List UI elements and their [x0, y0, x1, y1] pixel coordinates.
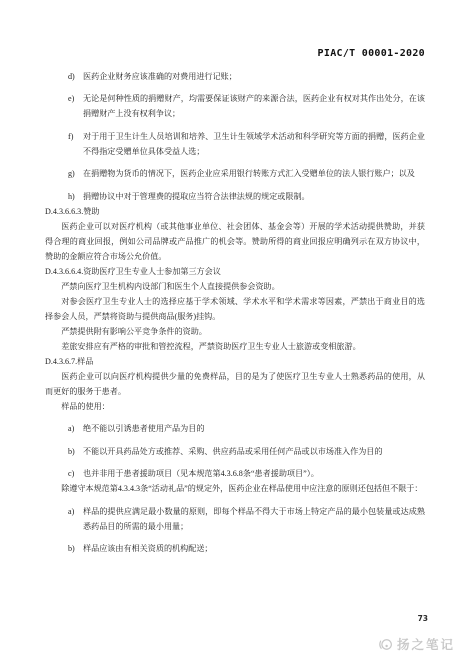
list-marker: g) [68, 166, 83, 181]
paragraph: 医药企业可以向医疗机构提供少量的免费样品，目的是为了使医疗卫生专业人士熟悉药品的… [45, 369, 425, 399]
list-item: d) 医药企业财务应该准确的对费用进行记账； [45, 69, 425, 84]
paragraph: 差旅安排应有严格的审批和管控流程，严禁资助医疗卫生专业人士旅游或变相旅游。 [45, 339, 425, 354]
paragraph: 医药企业可以对医疗机构（或其他事业单位、社会团体、基金会等）开展的学术活动提供赞… [45, 219, 425, 264]
list-item: e) 无论是何种性质的捐赠财产，均需要保证该财产的来源合法，医药企业有权对其作出… [45, 91, 425, 121]
list-marker: h) [68, 189, 83, 204]
list-marker: b) [68, 444, 83, 459]
paragraph: 严禁提供附有影响公平竞争条件的资助。 [45, 324, 425, 339]
section-heading: D.4.3.6.6.3.赞助 [45, 204, 425, 219]
watermark-text: 扬之笔记 [397, 635, 455, 653]
list-marker: b) [68, 541, 83, 556]
document-page: PIAC/T 00001-2020 d) 医药企业财务应该准确的对费用进行记账；… [0, 0, 462, 665]
list-item-text: 样品应该由有相关资质的机构配送； [83, 541, 425, 556]
paragraph: 除遵守本规范第4.3.4.3条“活动礼品”的规定外，医药企业在样品使用中应注意的… [45, 481, 425, 496]
doc-content: d) 医药企业财务应该准确的对费用进行记账； e) 无论是何种性质的捐赠财产，均… [0, 69, 462, 557]
paragraph: 样品的使用： [45, 399, 425, 414]
list-item: c) 也并非用于患者援助项目（见本规范第4.3.6.8条“患者援助项目”）。 [45, 466, 425, 481]
list-item-text: 也并非用于患者援助项目（见本规范第4.3.6.8条“患者援助项目”）。 [83, 466, 425, 481]
section-heading: D.4.3.6.6.4.资助医疗卫生专业人士参加第三方会议 [45, 264, 425, 279]
list-item-text: 对于用于卫生计生人员培训和培养、卫生计生领域学术活动和科学研究等方面的捐赠，医药… [83, 129, 425, 159]
page-number: 73 [418, 614, 428, 623]
list-item: h) 捐赠协议中对于管理费的提取应当符合法律法规的规定或限制。 [45, 189, 425, 204]
list-marker: f) [68, 129, 83, 159]
list-item: a) 样品的提供应满足最小数量的原则，即每个样品不得大于市场上特定产品的最小包装… [45, 504, 425, 534]
watermark: 扬之笔记 [378, 635, 455, 653]
list-item-text: 样品的提供应满足最小数量的原则，即每个样品不得大于市场上特定产品的最小包装量或达… [83, 504, 425, 534]
list-item-text: 不能以开具药品处方或推荐、采购、供应药品或采用任何产品或以市场准入作为目的 [83, 444, 425, 459]
list-marker: a) [68, 504, 83, 534]
section-heading: D.4.3.6.7.样品 [45, 354, 425, 369]
list-item-text: 捐赠协议中对于管理费的提取应当符合法律法规的规定或限制。 [83, 189, 425, 204]
list-marker: d) [68, 69, 83, 84]
list-item: b) 样品应该由有相关资质的机构配送； [45, 541, 425, 556]
list-item-text: 绝不能以引诱患者使用产品为目的 [83, 421, 425, 436]
paragraph: 对参会医疗卫生专业人士的选择应基于学术领域、学术水平和学术需求等因素，严禁出于商… [45, 294, 425, 324]
list-item: f) 对于用于卫生计生人员培训和培养、卫生计生领域学术活动和科学研究等方面的捐赠… [45, 129, 425, 159]
list-marker: c) [68, 466, 83, 481]
list-item: b) 不能以开具药品处方或推荐、采购、供应药品或采用任何产品或以市场准入作为目的 [45, 444, 425, 459]
list-item-text: 无论是何种性质的捐赠财产，均需要保证该财产的来源合法，医药企业有权对其作出处分，… [83, 91, 425, 121]
list-item: g) 在捐赠物为货币的情况下，医药企业应采用银行转账方式汇入受赠单位的法人银行账… [45, 166, 425, 181]
list-item-text: 在捐赠物为货币的情况下，医药企业应采用银行转账方式汇入受赠单位的法人银行账户；以… [83, 166, 425, 181]
brand-logo-icon [378, 637, 393, 652]
doc-header-ref: PIAC/T 00001-2020 [0, 0, 462, 61]
list-item: a) 绝不能以引诱患者使用产品为目的 [45, 421, 425, 436]
list-marker: e) [68, 91, 83, 121]
paragraph: 严禁向医疗卫生机构内设部门和医生个人直接提供参会资助。 [45, 279, 425, 294]
list-marker: a) [68, 421, 83, 436]
list-item-text: 医药企业财务应该准确的对费用进行记账； [83, 69, 425, 84]
